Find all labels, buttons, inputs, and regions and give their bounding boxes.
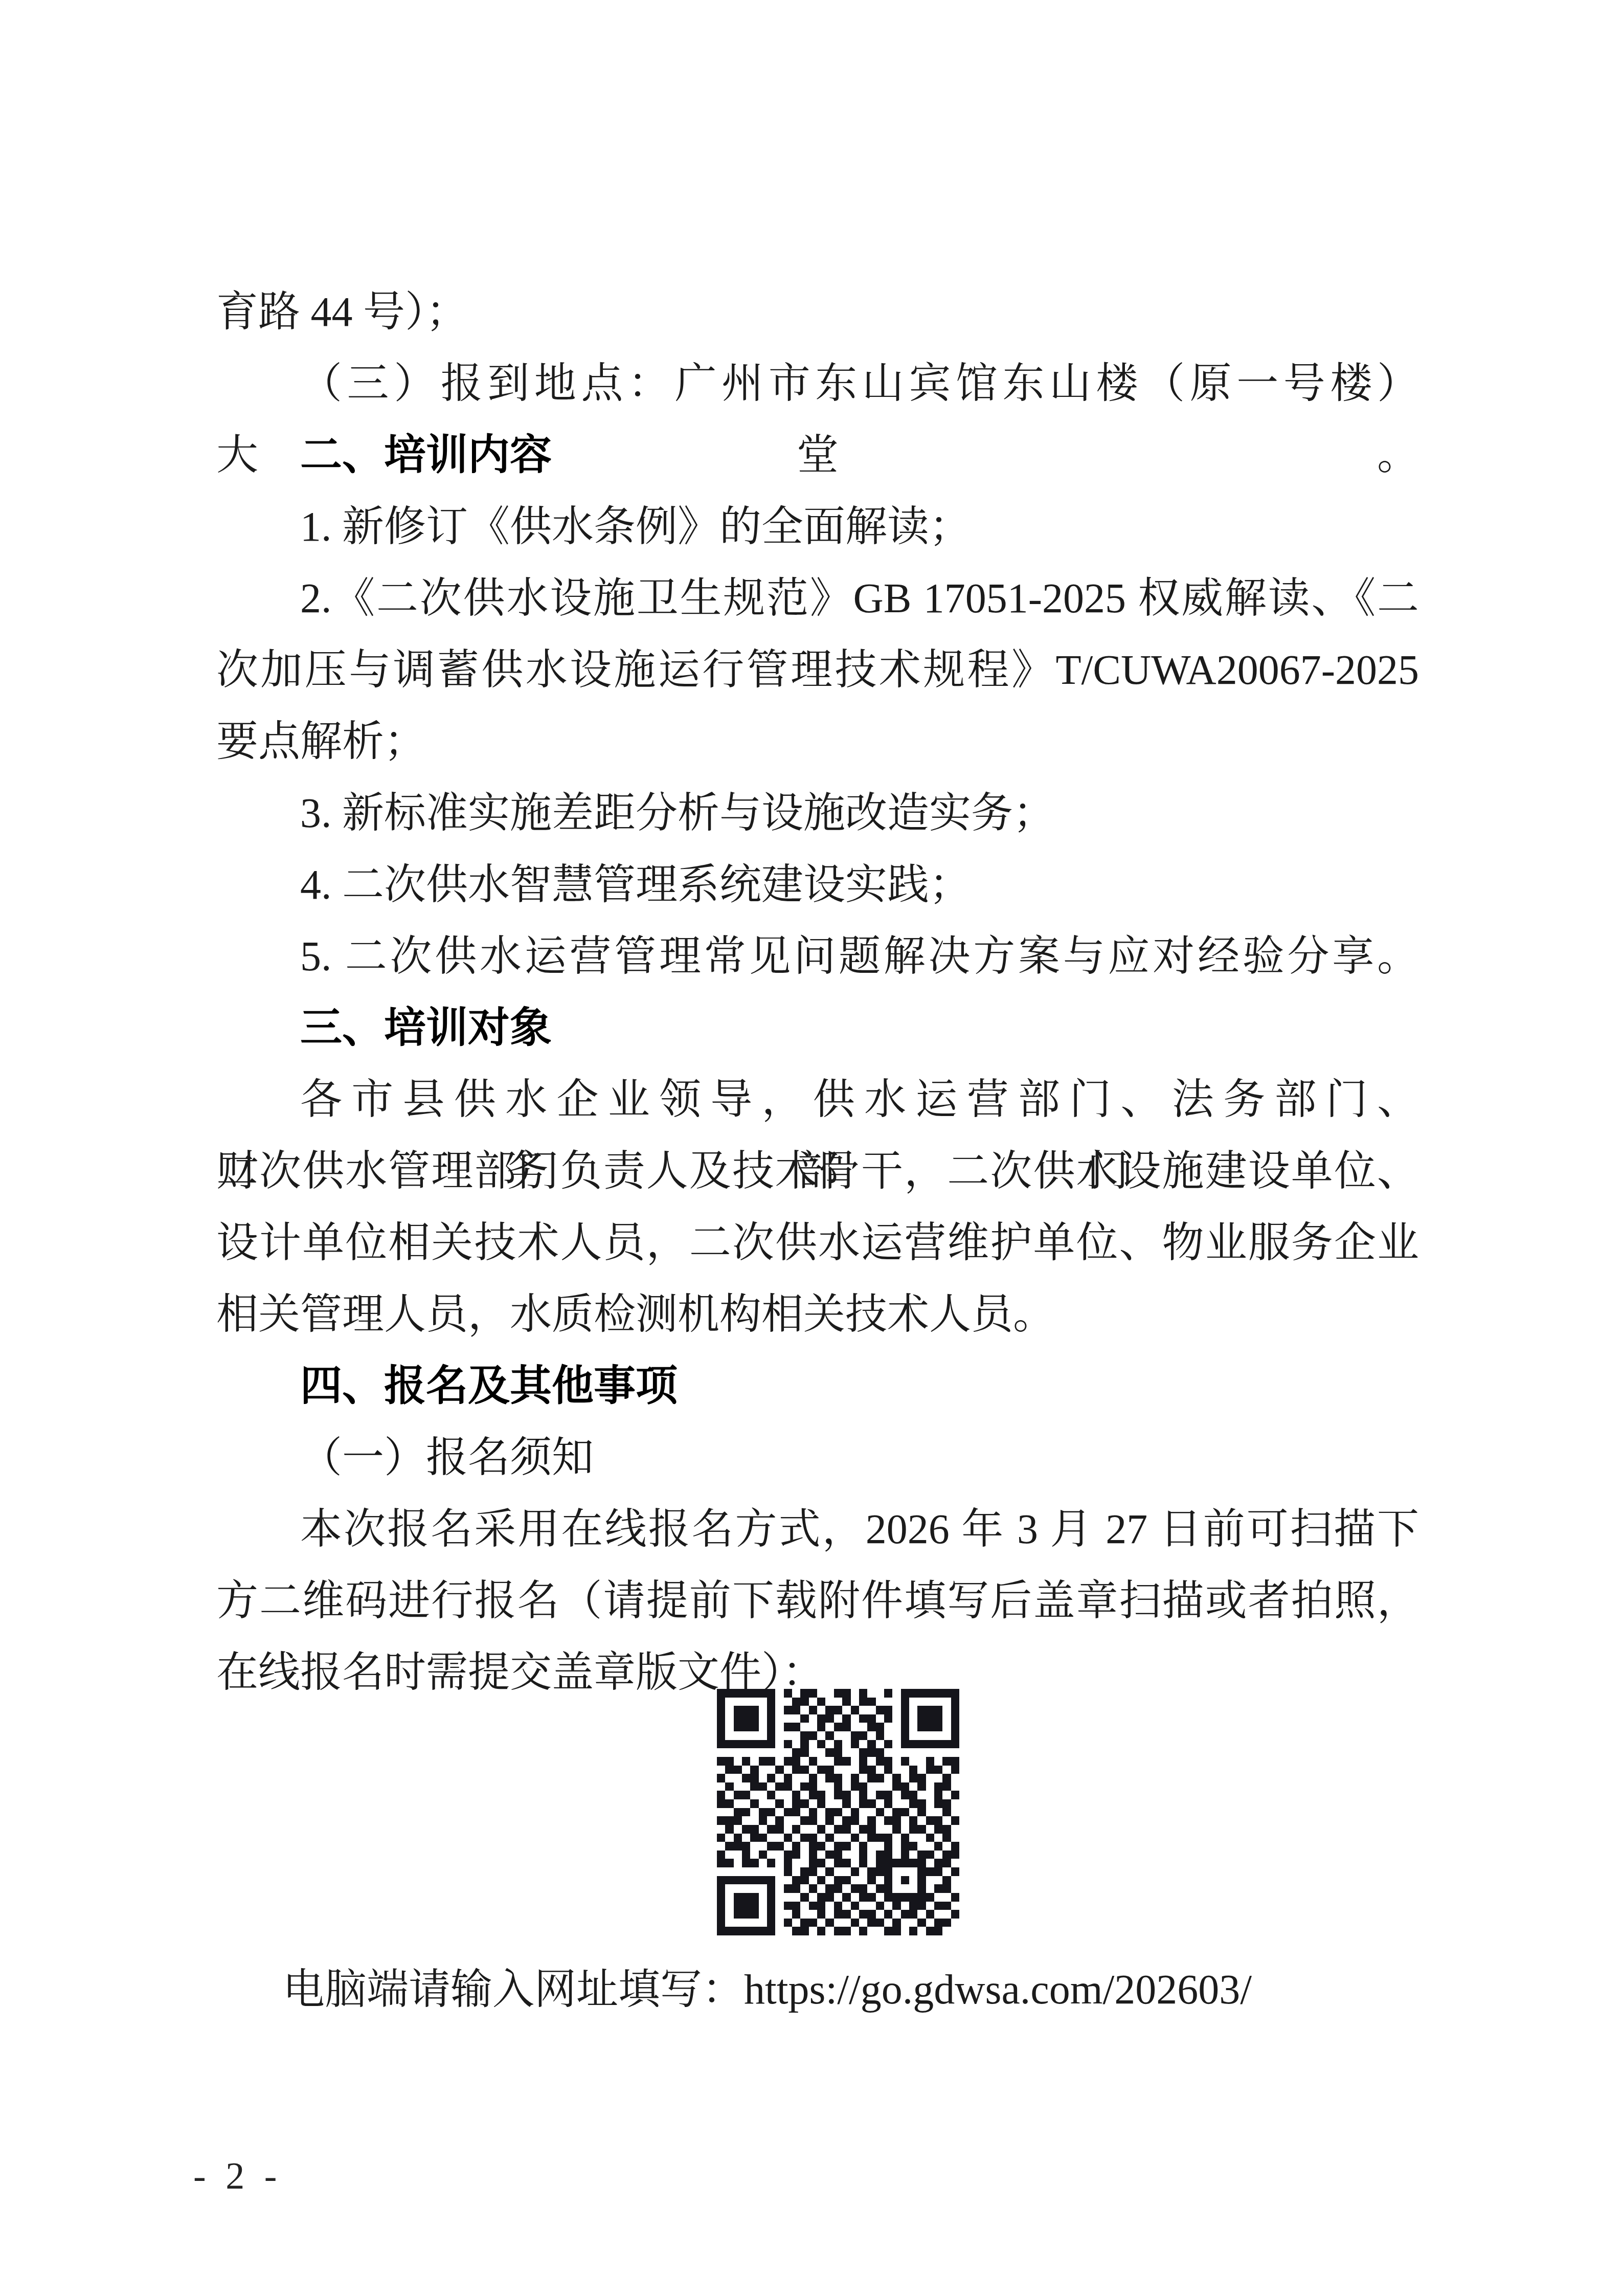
doc-line: 各市县供水企业领导，供水运营部门、法务部门、财务部门、	[216, 1064, 1419, 1135]
doc-line: 2.《二次供水设施卫生规范》GB 17051-2025 权威解读、《二	[216, 563, 1419, 634]
document-page: 育路 44 号）； （三）报到地点：广州市东山宾馆东山楼（原一号楼）大堂。 二、…	[0, 0, 1623, 2296]
doc-line: 本次报名采用在线报名方式，2026 年 3 月 27 日前可扫描下	[216, 1493, 1419, 1565]
registration-url-line: 电脑端请输入网址填写：https://go.gdwsa.com/202603/	[216, 1954, 1419, 2025]
doc-line: 方二维码进行报名（请提前下载附件填写后盖章扫描或者拍照，	[216, 1565, 1419, 1637]
doc-line: 4. 二次供水智慧管理系统建设实践；	[216, 849, 1419, 921]
doc-line: 相关管理人员，水质检测机构相关技术人员。	[216, 1279, 1419, 1350]
doc-line: 育路 44 号）；	[216, 276, 1419, 348]
registration-qr-code-image	[717, 1689, 959, 1935]
doc-line: 3. 新标准实施差距分析与设施改造实务；	[216, 777, 1419, 849]
section-heading-training-audience: 三、培训对象	[216, 992, 1419, 1064]
doc-line: 二次供水管理部门负责人及技术骨干，二次供水设施建设单位、	[216, 1135, 1419, 1207]
doc-line: 5. 二次供水运营管理常见问题解决方案与应对经验分享。	[216, 921, 1419, 992]
page-number: - 2 -	[193, 2153, 282, 2199]
doc-line: 1. 新修订《供水条例》的全面解读；	[216, 491, 1419, 563]
doc-line: （三）报到地点：广州市东山宾馆东山楼（原一号楼）大堂。	[216, 348, 1419, 419]
doc-line: 设计单位相关技术人员，二次供水运营维护单位、物业服务企业	[216, 1207, 1419, 1279]
doc-line: 次加压与调蓄供水设施运行管理技术规程》T/CUWA20067-2025	[216, 634, 1419, 706]
subsection-heading-registration-notice: （一）报名须知	[216, 1422, 1419, 1493]
section-heading-registration: 四、报名及其他事项	[216, 1350, 1419, 1422]
document-body: 育路 44 号）； （三）报到地点：广州市东山宾馆东山楼（原一号楼）大堂。 二、…	[216, 276, 1419, 1708]
doc-line: 要点解析；	[216, 706, 1419, 777]
